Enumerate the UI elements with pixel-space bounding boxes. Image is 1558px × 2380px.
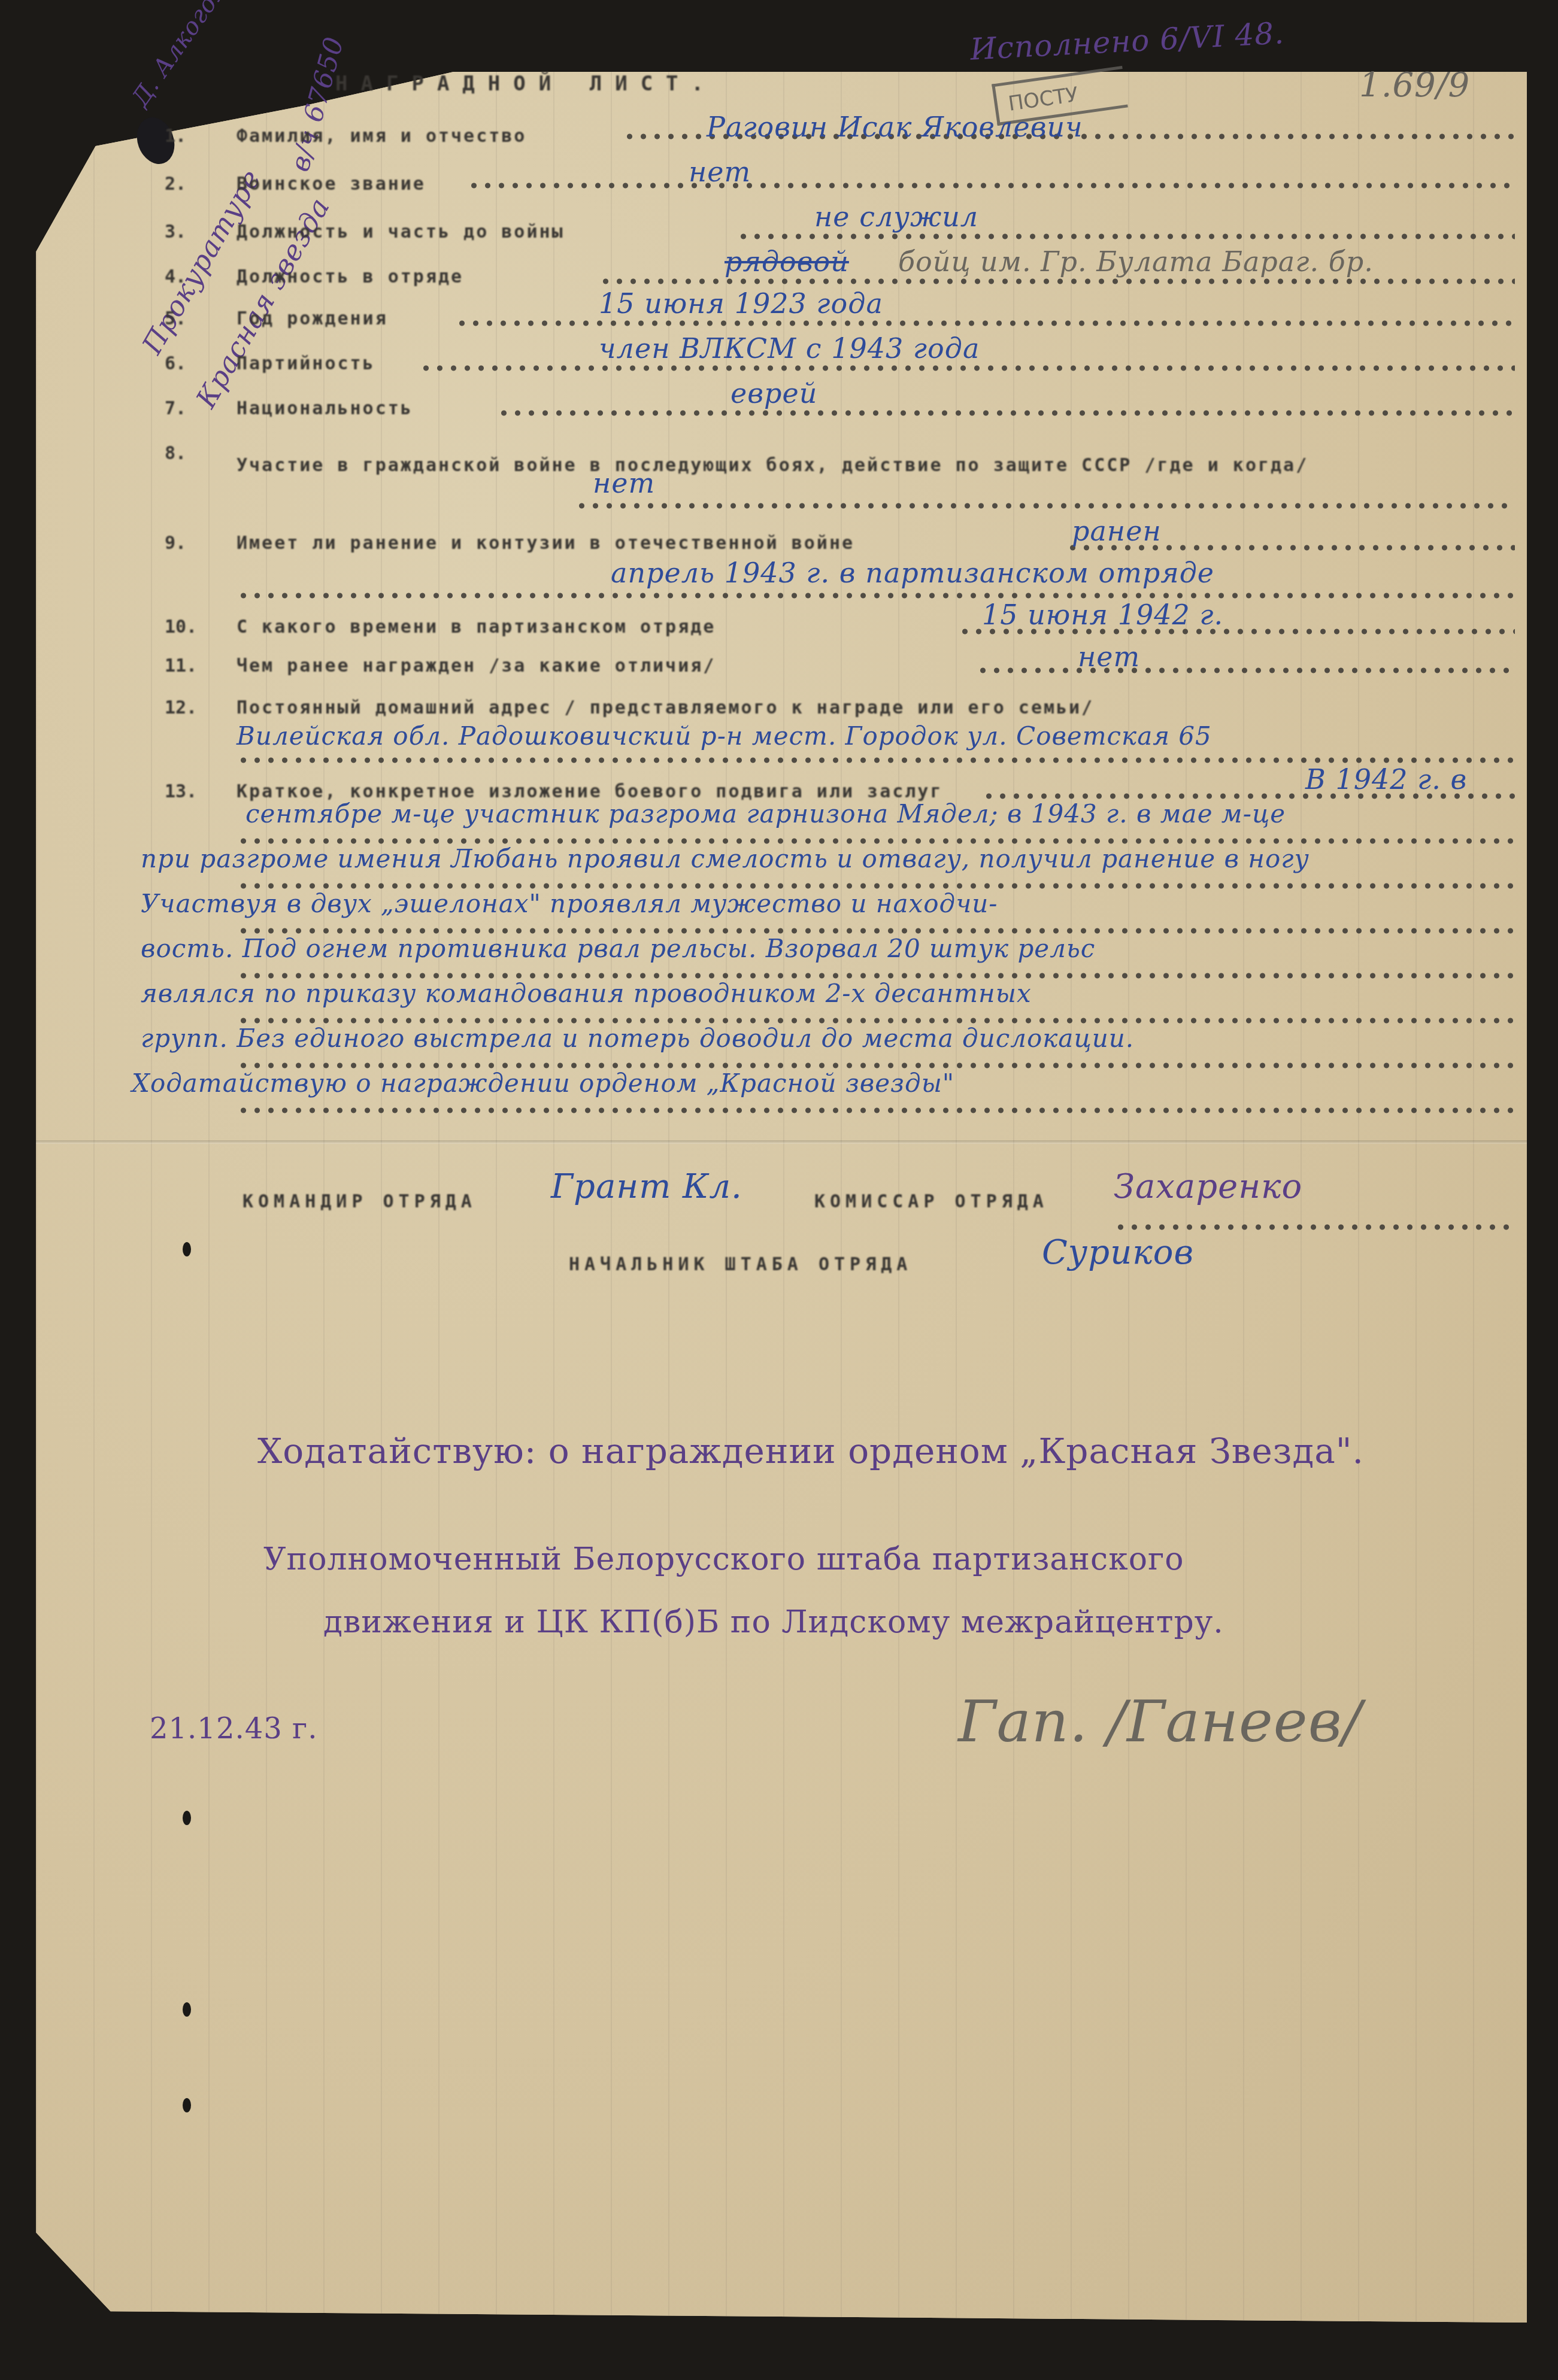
field-value: нет [1078, 640, 1140, 673]
field-label: Воинское звание [237, 174, 426, 195]
field-label: Должность в отряде [237, 266, 463, 287]
field-value: Раговин Исак Яковлевич [707, 111, 1083, 143]
field-label: Чем ранее награжден /за какие отличия/ [237, 655, 716, 676]
endorsement-signature: Гап. /Ганеев/ [958, 1688, 1362, 1755]
field-label: Участие в гражданской войне в последующи… [237, 443, 1512, 488]
commissar-signature: Захаренко [1114, 1167, 1302, 1206]
corner-annotation: Д. Алкоголь [126, 0, 240, 111]
field-label: Фамилия, имя и отчество [237, 126, 526, 147]
field-value-extra: бойц им. Гр. Булата Бараг. бр. [898, 245, 1374, 278]
field-label: Партийность [237, 353, 375, 374]
field-value: В 1942 г. в [1305, 763, 1467, 796]
field-label: Национальность [237, 398, 413, 419]
field-value-line2: апрель 1943 г. в партизанском отряде [611, 557, 1214, 589]
field-value: 15 июня 1942 г. [982, 599, 1223, 631]
field-value: не служил [814, 201, 978, 233]
field-value: нет [593, 467, 655, 499]
binding-hole [183, 2098, 191, 2112]
endorsement-line: Ходатайствую: о награждении орденом „Кра… [257, 1431, 1364, 1471]
narrative-line: Участвуя в двух „эшелонах" проявлял муже… [141, 889, 998, 918]
commissar-label: КОМИССАР ОТРЯДА [814, 1191, 1048, 1212]
narrative-line: Ходатайствую о награждении орденом „Крас… [132, 1068, 954, 1098]
binding-hole [183, 2002, 191, 2017]
binding-hole [183, 1242, 191, 1256]
commander-signature: Грант Кл. [551, 1167, 742, 1206]
field-value: член ВЛКСМ с 1943 года [599, 332, 980, 365]
endorsement-date: 21.12.43 г. [150, 1712, 317, 1745]
narrative-line: групп. Без единого выстрела и потерь дов… [141, 1024, 1134, 1053]
endorsement-line: Уполномоченный Белорусского штаба партиз… [263, 1541, 1184, 1577]
field-label: Должность и часть до войны [237, 221, 565, 242]
top-note: Исполнено 6/VI 48. [969, 16, 1285, 66]
field-label: С какого времени в партизанском отряде [237, 617, 716, 637]
field-value: нет [689, 156, 751, 188]
document-title: НАГРАДНОЙ ЛИСТ. [335, 72, 717, 96]
top-right-pencil-note: 1.69/9 [1359, 66, 1470, 105]
narrative-line: сентябре м-це участник разгрома гарнизон… [245, 799, 1286, 828]
narrative-line: при разгроме имения Любань проявил смело… [141, 844, 1310, 873]
field-value: рядовой [725, 245, 849, 278]
endorsement-line: движения и ЦК КП(б)Б по Лидскому межрайц… [323, 1604, 1224, 1640]
chief-of-staff-signature: Суриков [1042, 1233, 1194, 1272]
narrative-line: вость. Под огнем противника рвал рельсы.… [141, 934, 1095, 963]
fold-line [36, 1140, 1527, 1144]
field-label: Год рождения [237, 308, 388, 329]
narrative-line: являлся по приказу командования проводни… [141, 979, 1032, 1008]
commander-label: КОМАНДИР ОТРЯДА [243, 1191, 477, 1212]
field-value: Вилейская обл. Радошковичский р-н мест. … [237, 721, 1212, 751]
field-value: 15 июня 1923 года [599, 287, 883, 320]
binding-hole [183, 1811, 191, 1825]
field-label: Постоянный домашний адрес / представляем… [237, 697, 1094, 718]
field-value: еврей [730, 377, 817, 409]
field-label: Имеет ли ранение и контузии в отечествен… [237, 533, 854, 554]
chief-of-staff-label: НАЧАЛЬНИК ШТАБА ОТРЯДА [569, 1254, 912, 1275]
field-value: ранен [1072, 515, 1162, 547]
